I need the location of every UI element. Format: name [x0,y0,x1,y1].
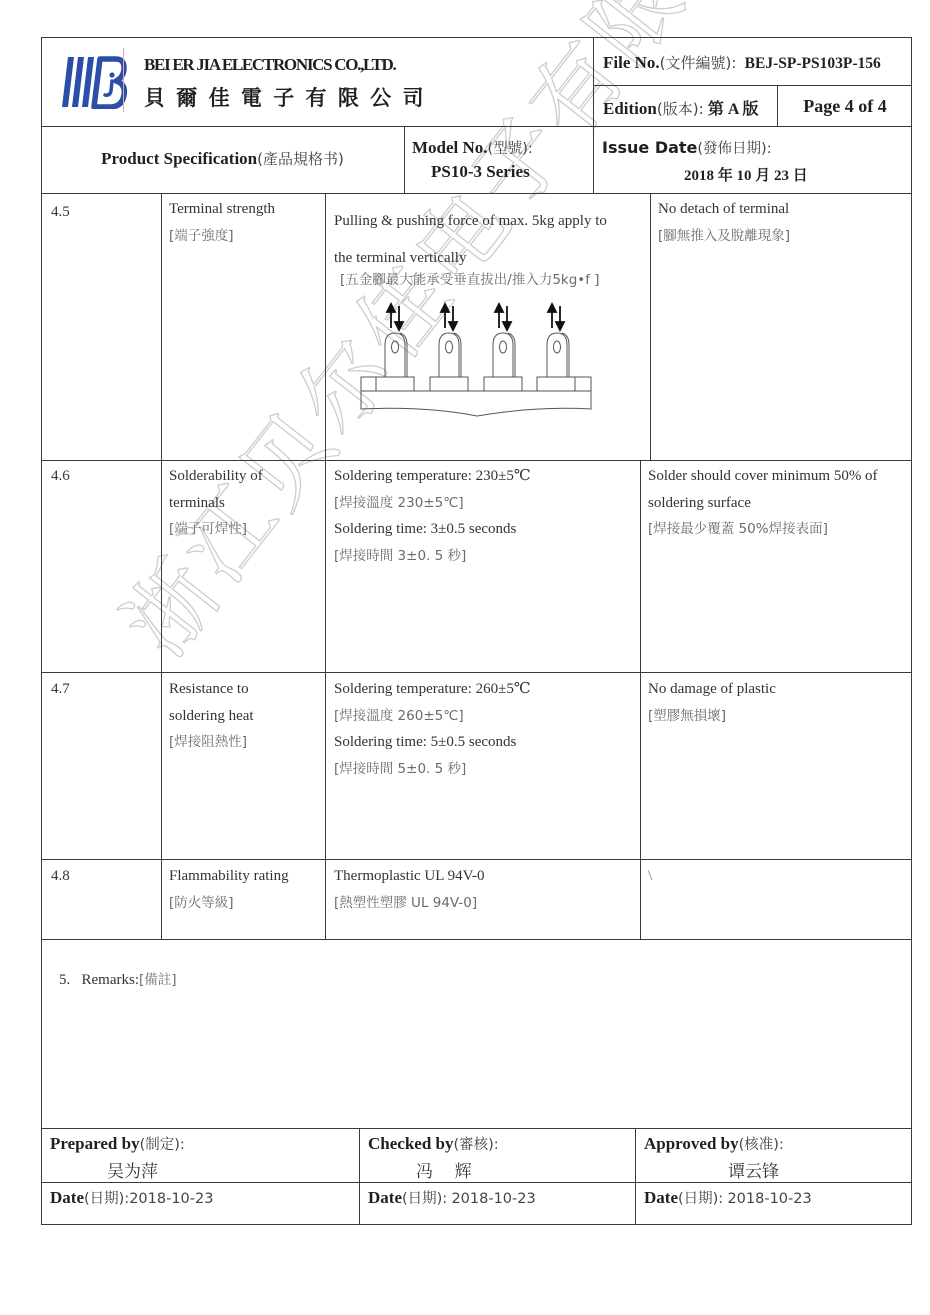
row-4-8-no: 4.8 [51,863,70,890]
row-4-6-cond-temp: Soldering temperature: 230±5℃ [334,463,531,490]
prepared-date-value: 2018-10-23 [129,1191,213,1207]
doc-title: Product Specification(產品規格书) [41,148,404,169]
row-4-5-requirement-zh: [腳無推入及脫離現象] [658,223,790,250]
rule-signoff-2 [635,1128,636,1225]
issue-date-label: Issue Date [602,138,697,157]
row-4-5-requirement-en: No detach of terminal [658,196,790,223]
rule-row-4-5-bottom [41,460,912,461]
row-4-8-item-en: Flammability rating [169,863,289,890]
remarks: 5. Remarks:[備註] [51,950,177,989]
rule-col-1 [161,193,162,939]
row-4-7-requirement-en: No damage of plastic [648,676,776,703]
row-4-8-requirement: \ [648,863,652,890]
mb-logo-icon [60,55,130,109]
rule-title-bottom [41,193,912,194]
approved-date-label: Date [644,1188,678,1207]
row-4-6-no: 4.6 [51,463,70,490]
checked-by-name: 冯 辉 [416,1157,472,1182]
doc-title-en: Product Specification [101,149,257,168]
approved-by: Approved by(核准): [644,1133,784,1154]
terminal-diagram-figure [355,300,605,420]
doc-title-zh: (產品規格书) [257,150,344,168]
row-4-7-requirement-zh: [塑膠無損壞] [648,703,776,730]
rule-title-model-split [404,126,405,193]
prepared-by: Prepared by(制定): [50,1133,185,1154]
row-4-7-condition: Soldering temperature: 260±5℃ [焊接溫度 260±… [334,676,531,782]
company-logo [60,55,130,109]
row-4-7-item: Resistance to soldering heat [焊接阻熱性] [169,676,254,756]
file-no-value: BEJ-SP-PS103P-156 [745,55,881,72]
prepared-by-label: Prepared by [50,1134,140,1153]
rule-header-split [593,37,594,193]
checked-by: Checked by(審核): [368,1133,499,1154]
checked-by-label-zh: (審核): [453,1137,498,1153]
push-pull-arrow-icon [441,304,457,330]
model-no: Model No.(型號): [412,137,533,158]
approved-by-label-zh: (核准): [739,1137,784,1153]
prepared-date-label: Date [50,1188,84,1207]
row-4-7-cond-time: Soldering time: 5±0.5 seconds [334,729,531,756]
push-pull-arrow-icon [387,304,403,330]
remarks-label: 5. Remarks: [59,972,139,988]
rule-header-right-mid [593,85,912,86]
rule-signoff-mid [41,1182,912,1183]
row-4-7-cond-temp-zh: [焊接溫度 260±5℃] [334,703,531,730]
checked-date-label: Date [368,1188,402,1207]
file-no-label: File No. [603,53,660,72]
row-4-6-item-line-2: terminals [169,490,263,517]
row-4-8-cond-zh: [熱塑性塑膠 UL 94V-0] [334,890,485,917]
push-pull-arrow-icon [548,304,564,330]
rule-remarks-bottom [41,1128,912,1129]
rule-row-4-7-bottom [41,859,912,860]
row-4-6-item: Solderability of terminals [端子可焊性] [169,463,263,543]
checked-date: Date(日期): 2018-10-23 [368,1187,536,1208]
row-4-5-requirement: No detach of terminal [腳無推入及脫離現象] [658,196,790,249]
row-4-6-requirement-zh: [焊接最少覆蓋 50%焊接表面] [648,516,878,543]
prepared-date: Date(日期):2018-10-23 [50,1187,213,1208]
row-4-6-item-line-1: Solderability of [169,463,263,490]
company-name-zh: 貝 爾 佳 電 子 有 限 公 司 [144,82,426,112]
row-4-6-requirement: Solder should cover minimum 50% of solde… [648,463,878,543]
prepared-by-label-zh: (制定): [140,1137,185,1153]
row-4-5-no: 4.5 [51,199,70,226]
rule-col-2 [325,193,326,939]
row-4-7-requirement: No damage of plastic [塑膠無損壞] [648,676,776,729]
model-no-value: PS10-3 Series [431,162,530,182]
row-4-8-item-zh: [防火等級] [169,890,289,917]
logo-divider [123,48,124,112]
checked-date-label-zh: (日期): [402,1191,447,1207]
file-no: File No.(文件編號): BEJ-SP-PS103P-156 [603,52,881,73]
row-4-7-no: 4.7 [51,676,70,703]
row-4-6-cond-time: Soldering time: 3±0.5 seconds [334,516,531,543]
issue-date-label-zh: (發佈日期): [697,141,771,157]
row-4-5-item-en: Terminal strength [169,196,275,223]
issue-date-value: 2018 年 10 月 23 日 [684,164,808,185]
company-name-en: BEI ER JIA ELECTRONICS CO.,LTD. [144,55,395,75]
edition-label: Edition [603,99,657,118]
row-4-6-requirement-line-1: Solder should cover minimum 50% of [648,463,878,490]
row-4-7-item-line-2: soldering heat [169,703,254,730]
row-4-6-requirement-line-2: soldering surface [648,490,878,517]
checked-date-value: 2018-10-23 [451,1191,535,1207]
issue-date: Issue Date(發佈日期): [602,137,772,158]
rule-col-3-row-4-5 [650,193,651,460]
model-no-label-zh: (型號): [488,141,533,157]
rule-col-3 [640,460,641,939]
row-4-8-condition: Thermoplastic UL 94V-0 [熱塑性塑膠 UL 94V-0] [334,863,485,916]
model-no-label: Model No. [412,138,488,157]
rule-header-bottom [41,126,912,127]
row-4-5-condition-zh: [五金腳最大能承受垂直拔出/推入力5kg•f ] [340,268,600,288]
row-4-7-item-zh: [焊接阻熱性] [169,729,254,756]
row-4-5-item-zh: [端子強度] [169,223,275,250]
edition-label-zh: (版本): [657,100,704,118]
prepared-by-name: 吴为萍 [107,1157,158,1182]
row-4-7-cond-time-zh: [焊接時間 5±0. 5 秒] [334,756,531,783]
row-4-5-condition-line-1: Pulling & pushing force of max. 5kg appl… [334,203,607,240]
checked-by-label: Checked by [368,1134,453,1153]
rule-signoff-1 [359,1128,360,1225]
approved-by-name: 谭云锋 [728,1157,779,1182]
row-4-6-condition: Soldering temperature: 230±5℃ [焊接溫度 230±… [334,463,531,569]
push-pull-arrow-icon [495,304,511,330]
rule-row-4-6-bottom [41,672,912,673]
page-number: Page 4 of 4 [778,96,912,117]
row-4-5-condition: Pulling & pushing force of max. 5kg appl… [334,203,607,277]
row-4-6-item-zh: [端子可焊性] [169,516,263,543]
approved-date-label-zh: (日期): [678,1191,723,1207]
edition-value: 第 A 版 [708,101,759,118]
terminal-push-pull-diagram [355,300,605,420]
row-4-6-cond-temp-zh: [焊接溫度 230±5℃] [334,490,531,517]
remarks-label-zh: [備註] [139,972,177,988]
page-number-text: Page 4 of 4 [803,96,886,116]
file-no-label-zh: (文件編號): [660,54,737,72]
row-4-8-item: Flammability rating [防火等級] [169,863,289,916]
row-4-8-cond: Thermoplastic UL 94V-0 [334,863,485,890]
approved-by-label: Approved by [644,1134,739,1153]
prepared-date-label-zh: (日期): [84,1191,129,1207]
edition: Edition(版本): 第 A 版 [603,96,759,119]
approved-date: Date(日期): 2018-10-23 [644,1187,812,1208]
row-4-7-item-line-1: Resistance to [169,676,254,703]
approved-date-value: 2018-10-23 [727,1191,811,1207]
row-4-7-cond-temp: Soldering temperature: 260±5℃ [334,676,531,703]
row-4-5-item: Terminal strength [端子強度] [169,196,275,249]
row-4-6-cond-time-zh: [焊接時間 3±0. 5 秒] [334,543,531,570]
rule-row-4-8-bottom [41,939,912,940]
